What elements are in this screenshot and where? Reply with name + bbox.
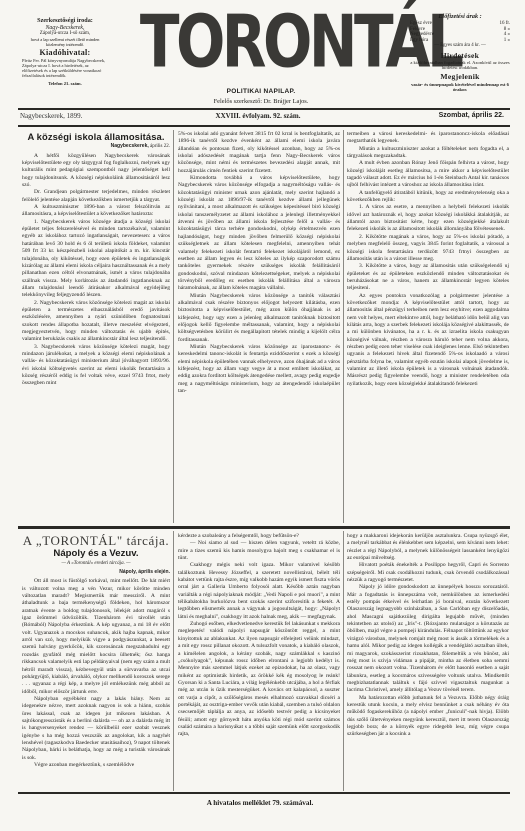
price-period: Egy hóra: [410, 38, 428, 44]
editor-line: Felelős szerkesztő: Dr. Brájjer Lajos.: [118, 98, 404, 105]
dateline-rule: [18, 125, 510, 127]
newspaper-page: Szerkesztőségi iroda: Nagy-Becskerek, Zá…: [0, 0, 525, 831]
paragraph: 1. A város az esetre, a mennyiben a hely…: [347, 204, 509, 233]
column-divider: [343, 130, 344, 523]
feuilleton-subtitle: — A »Torontál« eredeti tárcája. —: [22, 560, 170, 567]
article-title: A községi iskola államositása.: [22, 133, 170, 140]
price-value: 1 »: [504, 38, 510, 44]
subscription-info-box: Előfizetési árak : Egész évre 16 fr. Fél…: [410, 14, 510, 92]
paragraph: 3. Nagybecskerek város közönsége kötelez…: [22, 344, 170, 388]
paragraph: hogy a makkaroni idejekorán kerüljön asz…: [347, 533, 509, 562]
paragraph: 2. Nagybecskerek város közönsége kötelez…: [22, 300, 170, 344]
dateline: Nagybecskerek, 1899. XXVIII. évfolyam. 9…: [18, 112, 510, 124]
feuilleton-title: Nápoly és a Vezuv.: [22, 550, 170, 557]
feuilleton-rule: [18, 526, 510, 529]
paragraph: 5%-os iskolai adó gyanánt felvett 3815 f…: [178, 131, 340, 175]
publisher-note: Pleitz Fer. Pál könyvnyomdája Nagybecske…: [22, 59, 108, 79]
column-divider: [173, 130, 174, 523]
byline-place-date: Nápoly, április elején.: [119, 569, 170, 575]
article-column-3: termeiben a városi kereskedelmi- és ipar…: [347, 131, 509, 524]
single-copy-price: — Egyes szám ára 4 kr. —: [410, 43, 510, 48]
byline-date: április 22.: [150, 144, 170, 149]
paragraph: — Noi siamo al sud — hiszen délen vagyun…: [178, 540, 340, 562]
article-column-1: A községi iskola államositása. Nagybecsk…: [22, 129, 170, 524]
bottom-rule: [18, 792, 510, 794]
byline-place: Nagybecskerek,: [111, 143, 149, 149]
paragraph: 1. Nagybecskerek város községe átadja a …: [22, 219, 170, 300]
ads-heading: Hirdetések: [410, 52, 510, 61]
article-column-2: 5%-os iskolai adó gyanánt felvett 3815 f…: [178, 131, 340, 524]
prices-heading: Előfizetési árak :: [410, 14, 510, 21]
paragraph: A tanfelügyelő átiratából kitünik, hogy …: [347, 190, 509, 205]
editorial-note: hová a lap szellemi részét illető minden…: [22, 37, 108, 47]
feuilleton-column-3: hogy a makkaroni idejekorán kerüljön asz…: [347, 533, 509, 791]
paragraph: Nápoly jó időre gondoskodott az ünnepély…: [347, 584, 509, 694]
volume-number: XXVIII. évfolyam. 92. szám.: [178, 112, 338, 120]
paragraph: Csakhogy mégis neki volt igaza. Mikor va…: [178, 562, 340, 621]
feuilleton-byline: Nápoly, április elején.: [22, 569, 170, 576]
paragraph: Hivatott poéták énekelték a Posilippo he…: [347, 562, 509, 584]
ads-note: a kiadóhivatalban fogadtatnak el. Azonkí…: [410, 60, 510, 70]
paragraph: 2. Kikötötte magának a város, hogy az 5%…: [347, 234, 509, 263]
article-byline: Nagybecskerek, április 22.: [22, 143, 170, 150]
paragraph: termeiben a városi kereskedelmi- és ipar…: [347, 131, 509, 146]
paragraph: A hétfői közgyűlésen Nagybecskerek város…: [22, 153, 170, 190]
paragraph: Az egyes pontokra vonatkozólag a polgárm…: [347, 293, 509, 388]
paragraph: 3. Kikötötte a város, hogy az államositá…: [347, 263, 509, 292]
appears-note: vasár- és ünnepnapok kivételével mindenn…: [410, 82, 510, 92]
editorial-info-box: Szerkesztőségi iroda: Nagy-Becskerek, Zá…: [22, 18, 108, 86]
feuilleton-column-1: A „TORONTÁL" tárcája. Nápoly és a Vezuv.…: [22, 531, 170, 791]
feuilleton-heading: A „TORONTÁL" tárcája.: [22, 537, 170, 544]
paragraph: A mult évben azonban Rónay Jenő főispán …: [347, 160, 509, 189]
publisher-heading: Kiadóhivatal:: [22, 49, 108, 58]
paragraph: Miután a kultuszminiszter azokat a fölté…: [347, 146, 509, 161]
feuilleton-column-2: kérdezte a szobaleány a felségemtől, hog…: [178, 533, 340, 791]
paragraph: Miután Nagybecskerek város közönsége a t…: [178, 293, 340, 344]
paragraph: Nápolyban egyébként nagy a lakás hiány. …: [22, 696, 170, 762]
place-year: Nagybecskerek, 1899.: [20, 112, 82, 120]
editorial-heading: Szerkesztőségi iroda:: [22, 18, 108, 25]
paragraph: kérdezte a szobaleány a felségemtől, hog…: [178, 533, 340, 540]
newspaper-title-wrap: TORONTÁL: [118, 6, 404, 88]
newspaper-subtitle: POLITIKAI NAPILAP.: [118, 88, 404, 95]
paragraph: Miután Nagybecskerek város közönsége az …: [178, 344, 340, 395]
masthead-rule: [18, 108, 510, 110]
paragraph: Ma határozottan előbb juthatunk fel a Ve…: [347, 695, 509, 739]
paragraph: Zuhogó esőben, elkedvetlenedve kerestük …: [178, 621, 340, 739]
paragraph: Kimondotta továbbá a város képviselőtest…: [178, 175, 340, 293]
masthead: Szerkesztőségi iroda: Nagy-Becskerek, Zá…: [0, 0, 525, 110]
appears-heading: Megjelenik: [410, 73, 510, 82]
paragraph: Dr. Grandjean polgármester terjedelmes, …: [22, 189, 170, 204]
phone-number: Telefon 21. szám.: [22, 81, 108, 86]
paragraph: Ott áll most is füstölgő torkával, mint …: [22, 578, 170, 696]
column-divider: [173, 531, 174, 791]
paragraph: Végre azonban megérkeztünk, s szemlélődv…: [22, 762, 170, 769]
paragraph: A kultuszminiszter 1896-ban a várost fel…: [22, 204, 170, 219]
supplement-note: A hivatalos melléklet 79. számával.: [170, 799, 350, 807]
column-divider: [343, 531, 344, 791]
issue-date: Szombat, április 22.: [439, 112, 504, 119]
